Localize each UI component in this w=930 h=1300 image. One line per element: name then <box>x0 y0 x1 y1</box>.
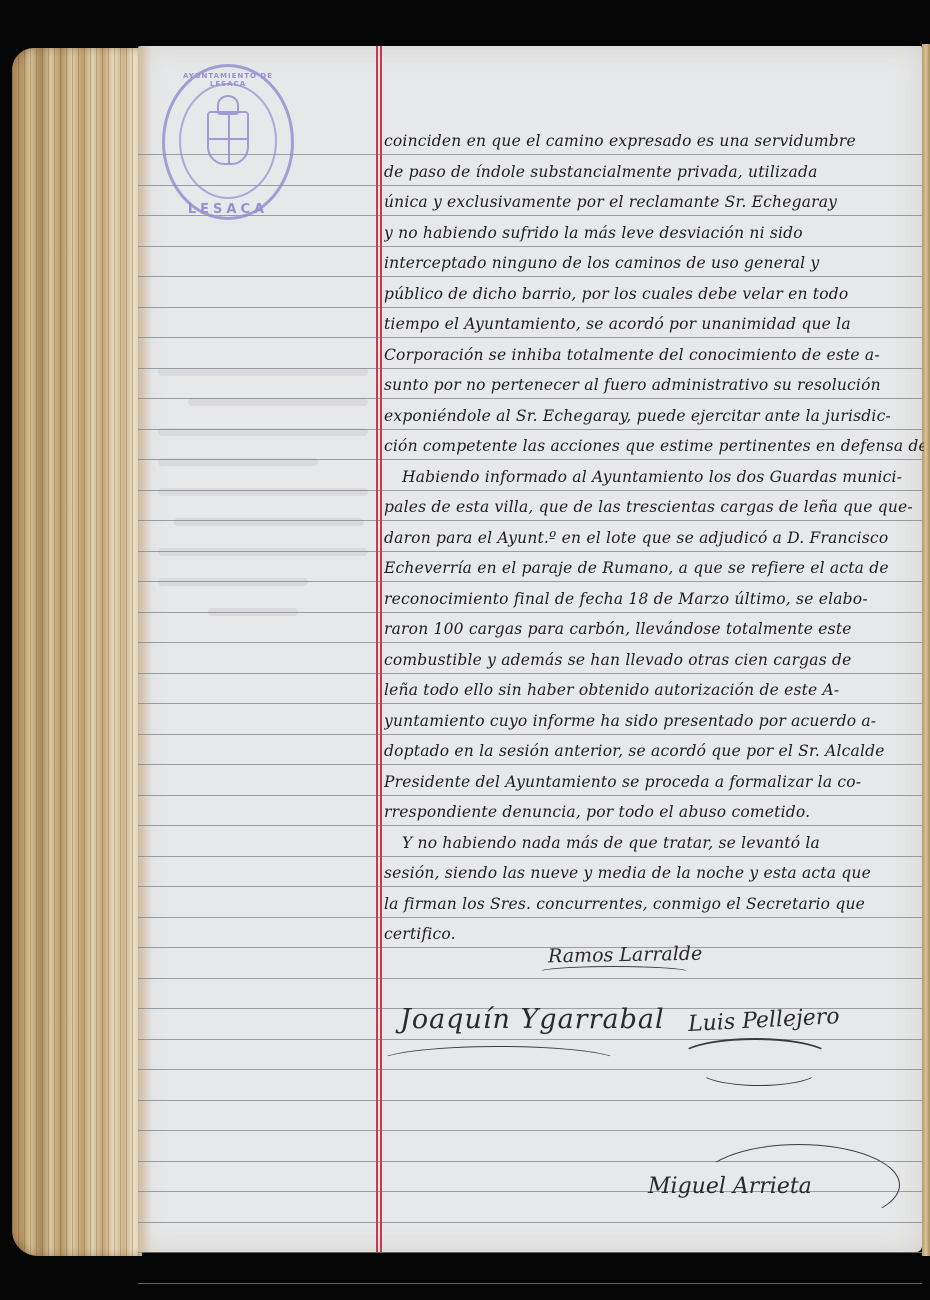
ruled-line <box>138 856 922 857</box>
ruled-line <box>138 703 922 704</box>
signature-flourish <box>698 1144 900 1226</box>
handwritten-line: yuntamiento cuyo informe ha sido present… <box>384 712 924 730</box>
handwritten-line: Habiendo informado al Ayuntamiento los d… <box>384 468 924 486</box>
handwritten-line: sunto por no pertenecer al fuero adminis… <box>384 376 924 394</box>
signature-flourish <box>378 1046 620 1078</box>
margin-line <box>380 46 382 1252</box>
margin-line <box>376 46 378 1252</box>
ruled-line <box>138 307 922 308</box>
ruled-line <box>138 947 922 948</box>
handwritten-line: doptado en la sesión anterior, se acordó… <box>384 742 924 760</box>
handwritten-line: público de dicho barrio, por los cuales … <box>384 285 924 303</box>
bleed-through-text <box>158 458 318 466</box>
signature-2: Joaquín Ygarrabal <box>400 1004 665 1035</box>
bleed-through-text <box>208 608 298 616</box>
handwritten-line: ción competente las acciones que estime … <box>384 437 924 455</box>
bleed-through-text <box>158 368 368 376</box>
coat-of-arms-icon <box>207 111 249 165</box>
handwritten-line: exponiéndole al Sr. Echegaray, puede eje… <box>384 407 924 425</box>
bleed-through-text <box>158 428 368 436</box>
handwritten-line: Echeverría en el paraje de Rumano, a que… <box>384 559 924 577</box>
ruled-line <box>138 978 922 979</box>
ruled-line <box>138 642 922 643</box>
handwritten-line: combustible y además se han llevado otra… <box>384 651 924 669</box>
handwritten-line: Y no habiendo nada más de que tratar, se… <box>384 834 924 852</box>
ruled-line <box>138 764 922 765</box>
ruled-line <box>138 673 922 674</box>
ruled-line <box>138 1283 922 1284</box>
handwritten-line: única y exclusivamente por el reclamante… <box>384 193 924 211</box>
ruled-line <box>138 1039 922 1040</box>
handwritten-line: sesión, siendo las nueve y media de la n… <box>384 864 924 882</box>
handwritten-line: raron 100 cargas para carbón, llevándose… <box>384 620 924 638</box>
handwritten-line: interceptado ninguno de los caminos de u… <box>384 254 924 272</box>
handwritten-line: certifico. <box>384 925 924 943</box>
ruled-line <box>138 276 922 277</box>
handwritten-line: rrespondiente denuncia, por todo el abus… <box>384 803 924 821</box>
handwritten-line: pales de esta villa, que de las trescien… <box>384 498 924 516</box>
bleed-through-text <box>174 518 364 526</box>
ruled-line <box>138 886 922 887</box>
handwritten-line: daron para el Ayunt.º en el lote que se … <box>384 529 924 547</box>
stamp-top-text: AYUNTAMIENTO DE LESACA <box>165 72 291 88</box>
stamp-bottom-text: LESACA <box>165 202 291 217</box>
ruled-line <box>138 1130 922 1131</box>
book-page-edges <box>12 48 142 1256</box>
signature-1: Ramos Larralde <box>548 943 703 968</box>
handwritten-line: Corporación se inhiba totalmente del con… <box>384 346 924 364</box>
handwritten-line: coinciden en que el camino expresado es … <box>384 132 924 150</box>
bleed-through-text <box>158 548 368 556</box>
handwritten-line: y no habiendo sufrido la más leve desvia… <box>384 224 924 242</box>
ruled-line <box>138 1100 922 1101</box>
bleed-through-text <box>188 398 368 406</box>
handwritten-line: tiempo el Ayuntamiento, se acordó por un… <box>384 315 924 333</box>
handwritten-line: de paso de índole substancialmente priva… <box>384 163 924 181</box>
bleed-through-text <box>158 488 368 496</box>
ruled-line <box>138 917 922 918</box>
bleed-through-text <box>158 578 308 586</box>
ruled-line <box>138 337 922 338</box>
ruled-line <box>138 246 922 247</box>
ledger-page: AYUNTAMIENTO DE LESACA LESACA coinciden … <box>138 46 922 1252</box>
handwritten-line: reconocimiento final de fecha 18 de Marz… <box>384 590 924 608</box>
municipal-stamp: AYUNTAMIENTO DE LESACA LESACA <box>162 64 294 220</box>
ruled-line <box>138 734 922 735</box>
signature-flourish <box>538 966 690 978</box>
ruled-line <box>138 825 922 826</box>
ruled-line <box>138 1252 922 1253</box>
handwritten-line: la firman los Sres. concurrentes, conmig… <box>384 895 924 913</box>
ruled-line <box>138 795 922 796</box>
handwritten-line: Presidente del Ayuntamiento se proceda a… <box>384 773 924 791</box>
signature-flourish <box>698 1054 820 1086</box>
handwritten-line: leña todo ello sin haber obtenido autori… <box>384 681 924 699</box>
